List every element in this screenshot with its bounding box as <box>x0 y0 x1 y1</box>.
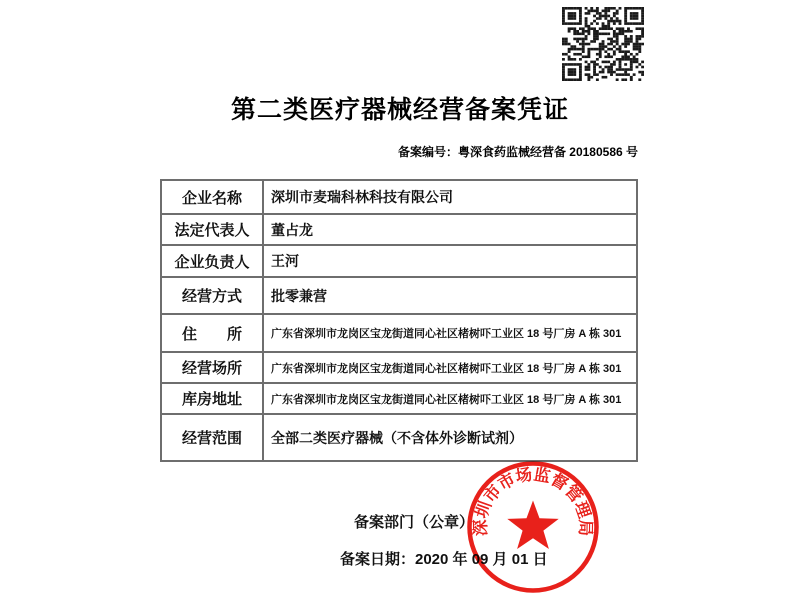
certificate-page: 第二类医疗器械经营备案凭证 备案编号：粤深食药监械经营备 20180586 号 … <box>0 0 800 600</box>
official-seal: 深圳市市场监督管理局 <box>461 455 607 600</box>
record-department-label: 备案部门（公章） <box>354 511 474 532</box>
record-number: 备案编号：粤深食药监械经营备 20180586 号 <box>160 143 638 160</box>
table-row: 企业名称 深圳市麦瑞科林科技有限公司 <box>161 180 637 214</box>
certificate-title: 第二类医疗器械经营备案凭证 <box>0 90 800 126</box>
table-row: 库房地址 广东省深圳市龙岗区宝龙街道同心社区楮树吓工业区 18 号厂房 A 栋 … <box>161 383 637 414</box>
field-value: 董占龙 <box>263 214 637 245</box>
field-label: 住 所 <box>161 314 263 352</box>
svg-text:深圳市市场监督管理局: 深圳市市场监督管理局 <box>471 464 595 537</box>
field-label: 企业名称 <box>161 180 263 214</box>
field-value: 全部二类医疗器械（不含体外诊断试剂） <box>263 414 637 461</box>
field-label: 经营范围 <box>161 414 263 461</box>
field-label: 库房地址 <box>161 383 263 414</box>
certificate-table: 企业名称 深圳市麦瑞科林科技有限公司 法定代表人 董占龙 企业负责人 王河 经营… <box>160 179 638 462</box>
qr-code-icon <box>562 7 644 81</box>
field-label: 法定代表人 <box>161 214 263 245</box>
table-row: 住 所 广东省深圳市龙岗区宝龙街道同心社区楮树吓工业区 18 号厂房 A 栋 3… <box>161 314 637 352</box>
table-row: 经营方式 批零兼营 <box>161 277 637 314</box>
field-value: 广东省深圳市龙岗区宝龙街道同心社区楮树吓工业区 18 号厂房 A 栋 301 <box>263 352 637 383</box>
field-value: 批零兼营 <box>263 277 637 314</box>
field-value: 广东省深圳市龙岗区宝龙街道同心社区楮树吓工业区 18 号厂房 A 栋 301 <box>263 383 637 414</box>
table-row: 经营范围 全部二类医疗器械（不含体外诊断试剂） <box>161 414 637 461</box>
field-value: 深圳市麦瑞科林科技有限公司 <box>263 180 637 214</box>
field-label: 经营场所 <box>161 352 263 383</box>
field-label: 企业负责人 <box>161 245 263 277</box>
table-row: 经营场所 广东省深圳市龙岗区宝龙街道同心社区楮树吓工业区 18 号厂房 A 栋 … <box>161 352 637 383</box>
table-row: 企业负责人 王河 <box>161 245 637 277</box>
record-date: 备案日期：2020 年 09 月 01 日 <box>340 548 548 569</box>
field-value: 王河 <box>263 245 637 277</box>
field-label: 经营方式 <box>161 277 263 314</box>
field-value: 广东省深圳市龙岗区宝龙街道同心社区楮树吓工业区 18 号厂房 A 栋 301 <box>263 314 637 352</box>
seal-ring <box>470 464 597 591</box>
table-row: 法定代表人 董占龙 <box>161 214 637 245</box>
seal-text: 深圳市市场监督管理局 <box>471 464 595 537</box>
red-star-icon <box>507 501 558 550</box>
